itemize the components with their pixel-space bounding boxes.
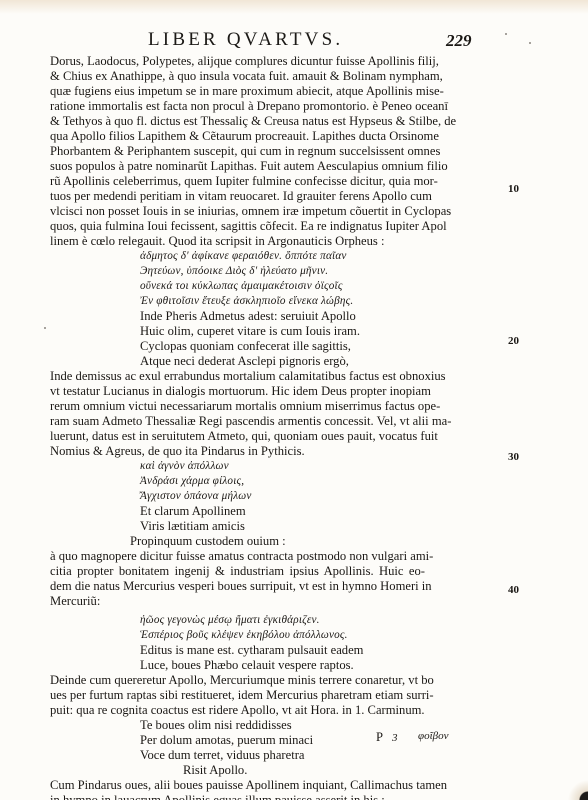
signature-mark: P [376,730,383,745]
catchword: φοῖβον [418,730,449,742]
signature-number: 3 [392,732,398,744]
verse-quotation-horace: Te boues olim nisi reddidisses Per dolum… [50,718,425,778]
latin-verse-line: Propinquum custodem ouium : [50,534,425,549]
text-line: Deinde cum quereretur Apollo, Mercuriumq… [50,673,425,688]
text-line: rerum omnium victui necessariarum mortal… [50,399,425,414]
paragraph-2: Inde demissus ac exul errabundus mortali… [50,369,425,459]
verse-quotation-homer: ἠῶος γεγονὼς μέσῳ ἤματι ἐγκιθάριζεν. Ἑσπ… [50,613,425,673]
ink-speck [44,327,46,329]
text-line: quos, quia fulmina Ioui fecissent, sagit… [50,219,425,234]
latin-verse-line: Luce, boues Phæbo celauit vespere raptos… [50,658,425,673]
page-footer: P 3 φοῖβον [0,730,588,746]
paragraph-1: Dorus, Laodocus, Polypetes, alijque comp… [50,54,425,249]
greek-verse-line: Ἐν φθιτοῖσιν ἔτευξε ἀσκληπιοῖο εἵνεκα λώ… [50,294,425,309]
latin-verse-line: Viris lætitiam amicis [50,519,425,534]
greek-verse-line: Эητεύων, ὑπόοικε Διὸς δ' ἠλεύατο μῆνιν. [50,264,425,279]
greek-verse-line: ἠῶος γεγονὼς μέσῳ ἤματι ἐγκιθάριζεν. [50,613,425,628]
paragraph-4: Deinde cum quereretur Apollo, Mercuriumq… [50,673,425,718]
text-line: puit: qua re cognita coactus est ridere … [50,703,425,718]
ink-speck [529,42,531,44]
text-line: linem è cœlo relegauit. Quod ita scripsi… [50,234,425,249]
margin-line-number: 40 [508,584,519,596]
verse-quotation-orpheus: ἀδμητος δ' ἀφίκανε φεραιόθεν. ὄππότε παῖ… [50,249,425,369]
page-header: LIBER QVARTVS. 229 [0,30,588,50]
latin-verse-line: Risit Apollo. [50,763,425,778]
text-line: in hymno in lauacrum Apollinis equas ill… [50,793,425,800]
latin-verse-line: Inde Pheris Admetus adest: seruiuit Apol… [50,309,425,324]
latin-verse-line: Voce dum terret, viduus pharetra [50,748,425,763]
margin-line-number: 10 [508,183,519,195]
ink-speck [505,33,507,35]
greek-verse-line: καὶ ἀγνὸν ἀπόλλων [50,459,425,474]
greek-verse-line: Ἀνδράσι χάρμα φίλοις, [50,474,425,489]
text-line: qua Apollo filios Lapithem & Cẽtaurum pr… [50,129,425,144]
paragraph-5: Cum Pindarus oues, alii boues pauisse Ap… [50,778,425,800]
text-line: ues per furtum raptas sibi restitueret, … [50,688,425,703]
text-line: à quo magnopere dicitur fuisse amatus co… [50,549,425,564]
paragraph-3: à quo magnopere dicitur fuisse amatus co… [50,549,425,609]
text-line: quæ fugiens eius impetum se in mare prox… [50,84,425,99]
page-edge-shadow [0,0,588,14]
text-line: vt testatur Lucianus in dialogis mortuor… [50,384,425,399]
latin-verse-line: Huic olim, cuperet vitare is cum Iouis i… [50,324,425,339]
text-line: Mercuriũ: [50,594,425,609]
page-number: 229 [446,31,472,51]
latin-verse-line: Et clarum Apollinem [50,504,425,519]
greek-verse-line: Ἄγχιστον ὀπάονα μήλων [50,489,425,504]
text-line: Phorbantem & Periphantem suscepit, qui c… [50,144,425,159]
text-line: vlcisci non posset Iouis in se iniurias,… [50,204,425,219]
text-line: citia propter bonitatem ingenij & indust… [50,564,425,579]
latin-verse-line: Editus is mane est. cytharam pulsauit ea… [50,643,425,658]
running-title: LIBER QVARTVS. [148,30,343,50]
text-line: dem die natus Mercurius vesperi boues su… [50,579,425,594]
greek-verse-line: Ἑσπέριος βοῦς κλέψεν ἑκηβόλου ἀπόλλωνος. [50,628,425,643]
text-line: Dorus, Laodocus, Polypetes, alijque comp… [50,54,425,69]
margin-line-number: 30 [508,451,519,463]
verse-quotation-pindar: καὶ ἀγνὸν ἀπόλλων Ἀνδράσι χάρμα φίλοις, … [50,459,425,549]
latin-verse-line: Atque neci dederat Asclepi pignoris ergò… [50,354,425,369]
greek-verse-line: οὕνεκά τοι κύκλωπας ἀμαιμακέτοισιν ὀϊςοῖ… [50,279,425,294]
page-body: Dorus, Laodocus, Polypetes, alijque comp… [50,54,425,800]
text-line: & Chius ex Anathippe, à quo insula vocat… [50,69,425,84]
text-line: Cum Pindarus oues, alii boues pauisse Ap… [50,778,425,793]
text-line: Inde demissus ac exul errabundus mortali… [50,369,425,384]
latin-verse-line: Cyclopas quoniam confecerat ille sagitti… [50,339,425,354]
text-line: tuos per medendi peritiam in vitam reuoc… [50,189,425,204]
text-line: ratione immortalis est facta non procul … [50,99,425,114]
greek-verse-line: ἀδμητος δ' ἀφίκανε φεραιόθεν. ὄππότε παῖ… [50,249,425,264]
text-line: rũ Apollinis celeberrimus, quem Iupiter … [50,174,425,189]
text-line: Nomius & Agreus, de quo ita Pindarus in … [50,444,425,459]
page-corner-shadow [566,778,588,800]
margin-line-number: 20 [508,335,519,347]
text-line: ram suam Admeto Thessaliæ Regi pascendis… [50,414,425,429]
text-line: luerunt, datus est in seruitutem Atmeto,… [50,429,425,444]
text-line: & Tethyos à quo fl. dictus est Thessaliç… [50,114,425,129]
text-line: suos populos à patre nominarũt Lapithas.… [50,159,425,174]
